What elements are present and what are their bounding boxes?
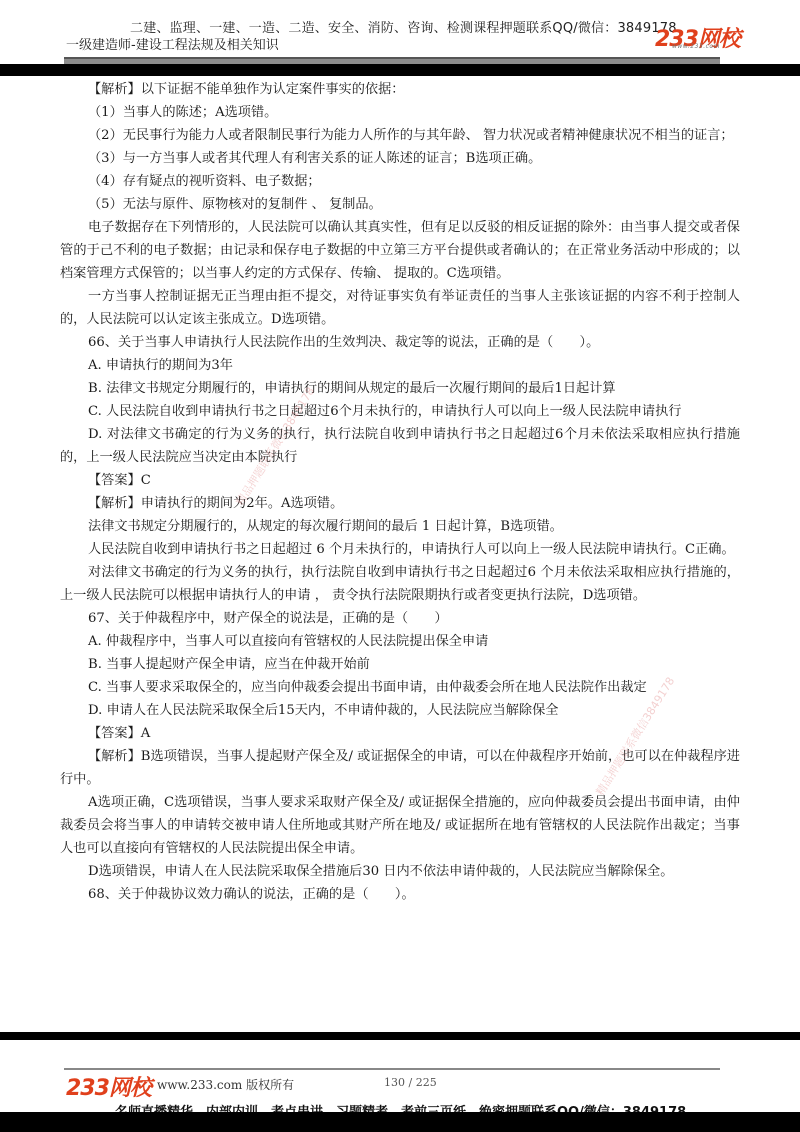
analysis-paragraph: 一方当事人控制证据无正当理由拒不提交，对待证事实负有举证责任的当事人主张该证据的… bbox=[60, 285, 740, 331]
question-66-option-c: C. 人民法院自收到申请执行书之日起超过6个月未执行的，申请执行人可以向上一级人… bbox=[60, 400, 740, 423]
analysis-heading: 【解析】以下证据不能单独作为认定案件事实的依据： bbox=[60, 78, 740, 101]
question-67-option-b: B. 当事人提起财产保全申请，应当在仲裁开始前 bbox=[60, 653, 740, 676]
question-67-analysis: 【解析】B选项错误，当事人提起财产保全及/ 或证据保全的申请，可以在仲裁程序开始… bbox=[60, 745, 740, 791]
question-66-analysis: 对法律文书确定的行为义务的执行，执行法院自收到申请执行书之日起超过6 个月未依法… bbox=[60, 561, 740, 607]
question-67-analysis: D选项错误，申请人在人民法院采取保全措施后30 日内不依法申请仲裁的，人民法院应… bbox=[60, 860, 740, 883]
footer-brand-logo: 233网校 bbox=[66, 1071, 151, 1102]
analysis-item: （1）当事人的陈述；A选项错。 bbox=[60, 101, 740, 124]
question-66-analysis: 法律文书规定分期履行的，从规定的每次履行期间的最后 1 日起计算，B选项错。 bbox=[60, 515, 740, 538]
question-66-option-d: D. 对法律文书确定的行为义务的执行，执行法院自收到申请执行书之日起超过6个月未… bbox=[60, 423, 740, 469]
question-66-analysis: 人民法院自收到申请执行书之日起超过 6 个月未执行的，申请执行人可以向上一级人民… bbox=[60, 538, 740, 561]
document-subject: 一级建造师-建设工程法规及相关知识 bbox=[66, 34, 279, 53]
question-67-option-c: C. 当事人要求采取保全的，应当向仲裁委会提出书面申请，由仲裁委会所在地人民法院… bbox=[60, 676, 740, 699]
analysis-paragraph: 电子数据存在下列情形的，人民法院可以确认其真实性，但有足以反驳的相反证据的除外：… bbox=[60, 216, 740, 285]
page-gap-end bbox=[0, 1112, 800, 1132]
question-67-analysis: A选项正确，C选项错误，当事人要求采取财产保全及/ 或证据保全措施的，应向仲裁委… bbox=[60, 791, 740, 860]
brand-logo-url: www.233.com bbox=[672, 43, 720, 50]
page-gap-top bbox=[0, 64, 800, 76]
question-66-analysis: 【解析】申请执行的期间为2年。A选项错。 bbox=[60, 492, 740, 515]
question-68: 68、关于仲裁协议效力确认的说法，正确的是（ ）。 bbox=[60, 883, 740, 906]
question-66-option-a: A. 申请执行的期间为3年 bbox=[60, 354, 740, 377]
footer-divider bbox=[64, 1068, 720, 1070]
question-67: 67、关于仲裁程序中，财产保全的说法是，正确的是（ ） bbox=[60, 607, 740, 630]
footer-copyright: www.233.com 版权所有 bbox=[157, 1076, 294, 1093]
page-gap-bottom bbox=[0, 1032, 800, 1040]
document-body: 【解析】以下证据不能单独作为认定案件事实的依据： （1）当事人的陈述；A选项错。… bbox=[60, 78, 740, 906]
analysis-item: （4）存有疑点的视听资料、电子数据； bbox=[60, 170, 740, 193]
question-66: 66、关于当事人申请执行人民法院作出的生效判决、裁定等的说法，正确的是（ ）。 bbox=[60, 331, 740, 354]
analysis-item: （3）与一方当事人或者其代理人有利害关系的证人陈述的证言；B选项正确。 bbox=[60, 147, 740, 170]
question-66-option-b: B. 法律文书规定分期履行的，申请执行的期间从规定的最后一次履行期间的最后1日起… bbox=[60, 377, 740, 400]
analysis-item: （5）无法与原件、原物核对的复制件 、 复制品。 bbox=[60, 193, 740, 216]
question-67-option-a: A. 仲裁程序中，当事人可以直接向有管辖权的人民法院提出保全申请 bbox=[60, 630, 740, 653]
question-66-answer: 【答案】C bbox=[60, 469, 740, 492]
page-number: 130 / 225 bbox=[384, 1076, 437, 1089]
analysis-item: （2）无民事行为能力人或者限制民事行为能力人所作的与其年龄、 智力状况或者精神健… bbox=[60, 124, 740, 147]
